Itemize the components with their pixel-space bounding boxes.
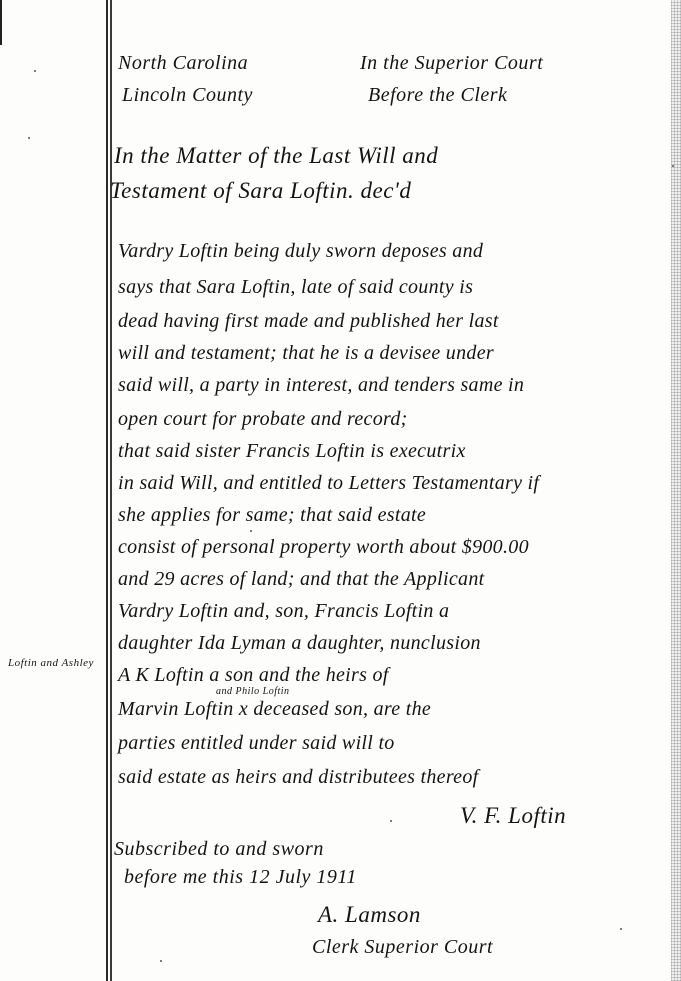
body-line: open court for probate and record; xyxy=(118,408,408,431)
header-court: In the Superior Court xyxy=(360,52,543,75)
body-line: daughter Ida Lyman a daughter, nunclusio… xyxy=(118,632,481,655)
body-line: that said sister Francis Loftin is execu… xyxy=(118,440,466,463)
header-state: North Carolina xyxy=(118,52,248,75)
scan-speck xyxy=(250,530,252,532)
jurat-line-1: Subscribed to and sworn xyxy=(114,838,324,861)
header-before-clerk: Before the Clerk xyxy=(368,84,507,107)
margin-rule xyxy=(106,0,108,981)
body-line: in said Will, and entitled to Letters Te… xyxy=(118,472,539,495)
body-line: Marvin Loftin x deceased son, are the xyxy=(118,698,431,721)
body-line: Vardry Loftin being duly sworn deposes a… xyxy=(118,240,483,263)
header-county: Lincoln County xyxy=(122,84,253,107)
interlineation: and Philo Loftin xyxy=(216,686,290,697)
page-edge-mark xyxy=(0,0,2,45)
body-line: says that Sara Loftin, late of said coun… xyxy=(118,276,473,299)
body-line: parties entitled under said will to xyxy=(118,732,395,755)
scan-speck xyxy=(620,928,622,930)
scan-edge-strip xyxy=(671,0,681,981)
body-line: consist of personal property worth about… xyxy=(118,536,529,559)
body-line: will and testament; that he is a devisee… xyxy=(118,342,494,365)
title-line-2: Testament of Sara Loftin. dec'd xyxy=(110,178,411,204)
scan-speck xyxy=(28,137,30,139)
scan-speck xyxy=(390,820,392,822)
body-line: and 29 acres of land; and that the Appli… xyxy=(118,568,485,591)
body-line: she applies for same; that said estate xyxy=(118,504,426,527)
body-line: Vardry Loftin and, son, Francis Loftin a xyxy=(118,600,449,623)
scan-speck xyxy=(34,70,36,72)
margin-note: Loftin and Ashley xyxy=(8,657,94,669)
body-line: dead having first made and published her… xyxy=(118,310,499,333)
title-line-1: In the Matter of the Last Will and xyxy=(114,143,438,169)
clerk-title: Clerk Superior Court xyxy=(312,936,493,959)
body-line: said will, a party in interest, and tend… xyxy=(118,374,524,397)
document-page: North Carolina Lincoln County In the Sup… xyxy=(0,0,681,981)
scan-speck xyxy=(160,960,162,962)
clerk-signature: A. Lamson xyxy=(318,902,421,928)
margin-rule xyxy=(110,0,112,981)
body-line: said estate as heirs and distributees th… xyxy=(118,766,479,789)
scan-speck xyxy=(672,165,674,167)
deponent-signature: V. F. Loftin xyxy=(460,803,566,829)
jurat-line-2: before me this 12 July 1911 xyxy=(124,866,357,889)
body-line: A K Loftin a son and the heirs of xyxy=(118,664,389,687)
